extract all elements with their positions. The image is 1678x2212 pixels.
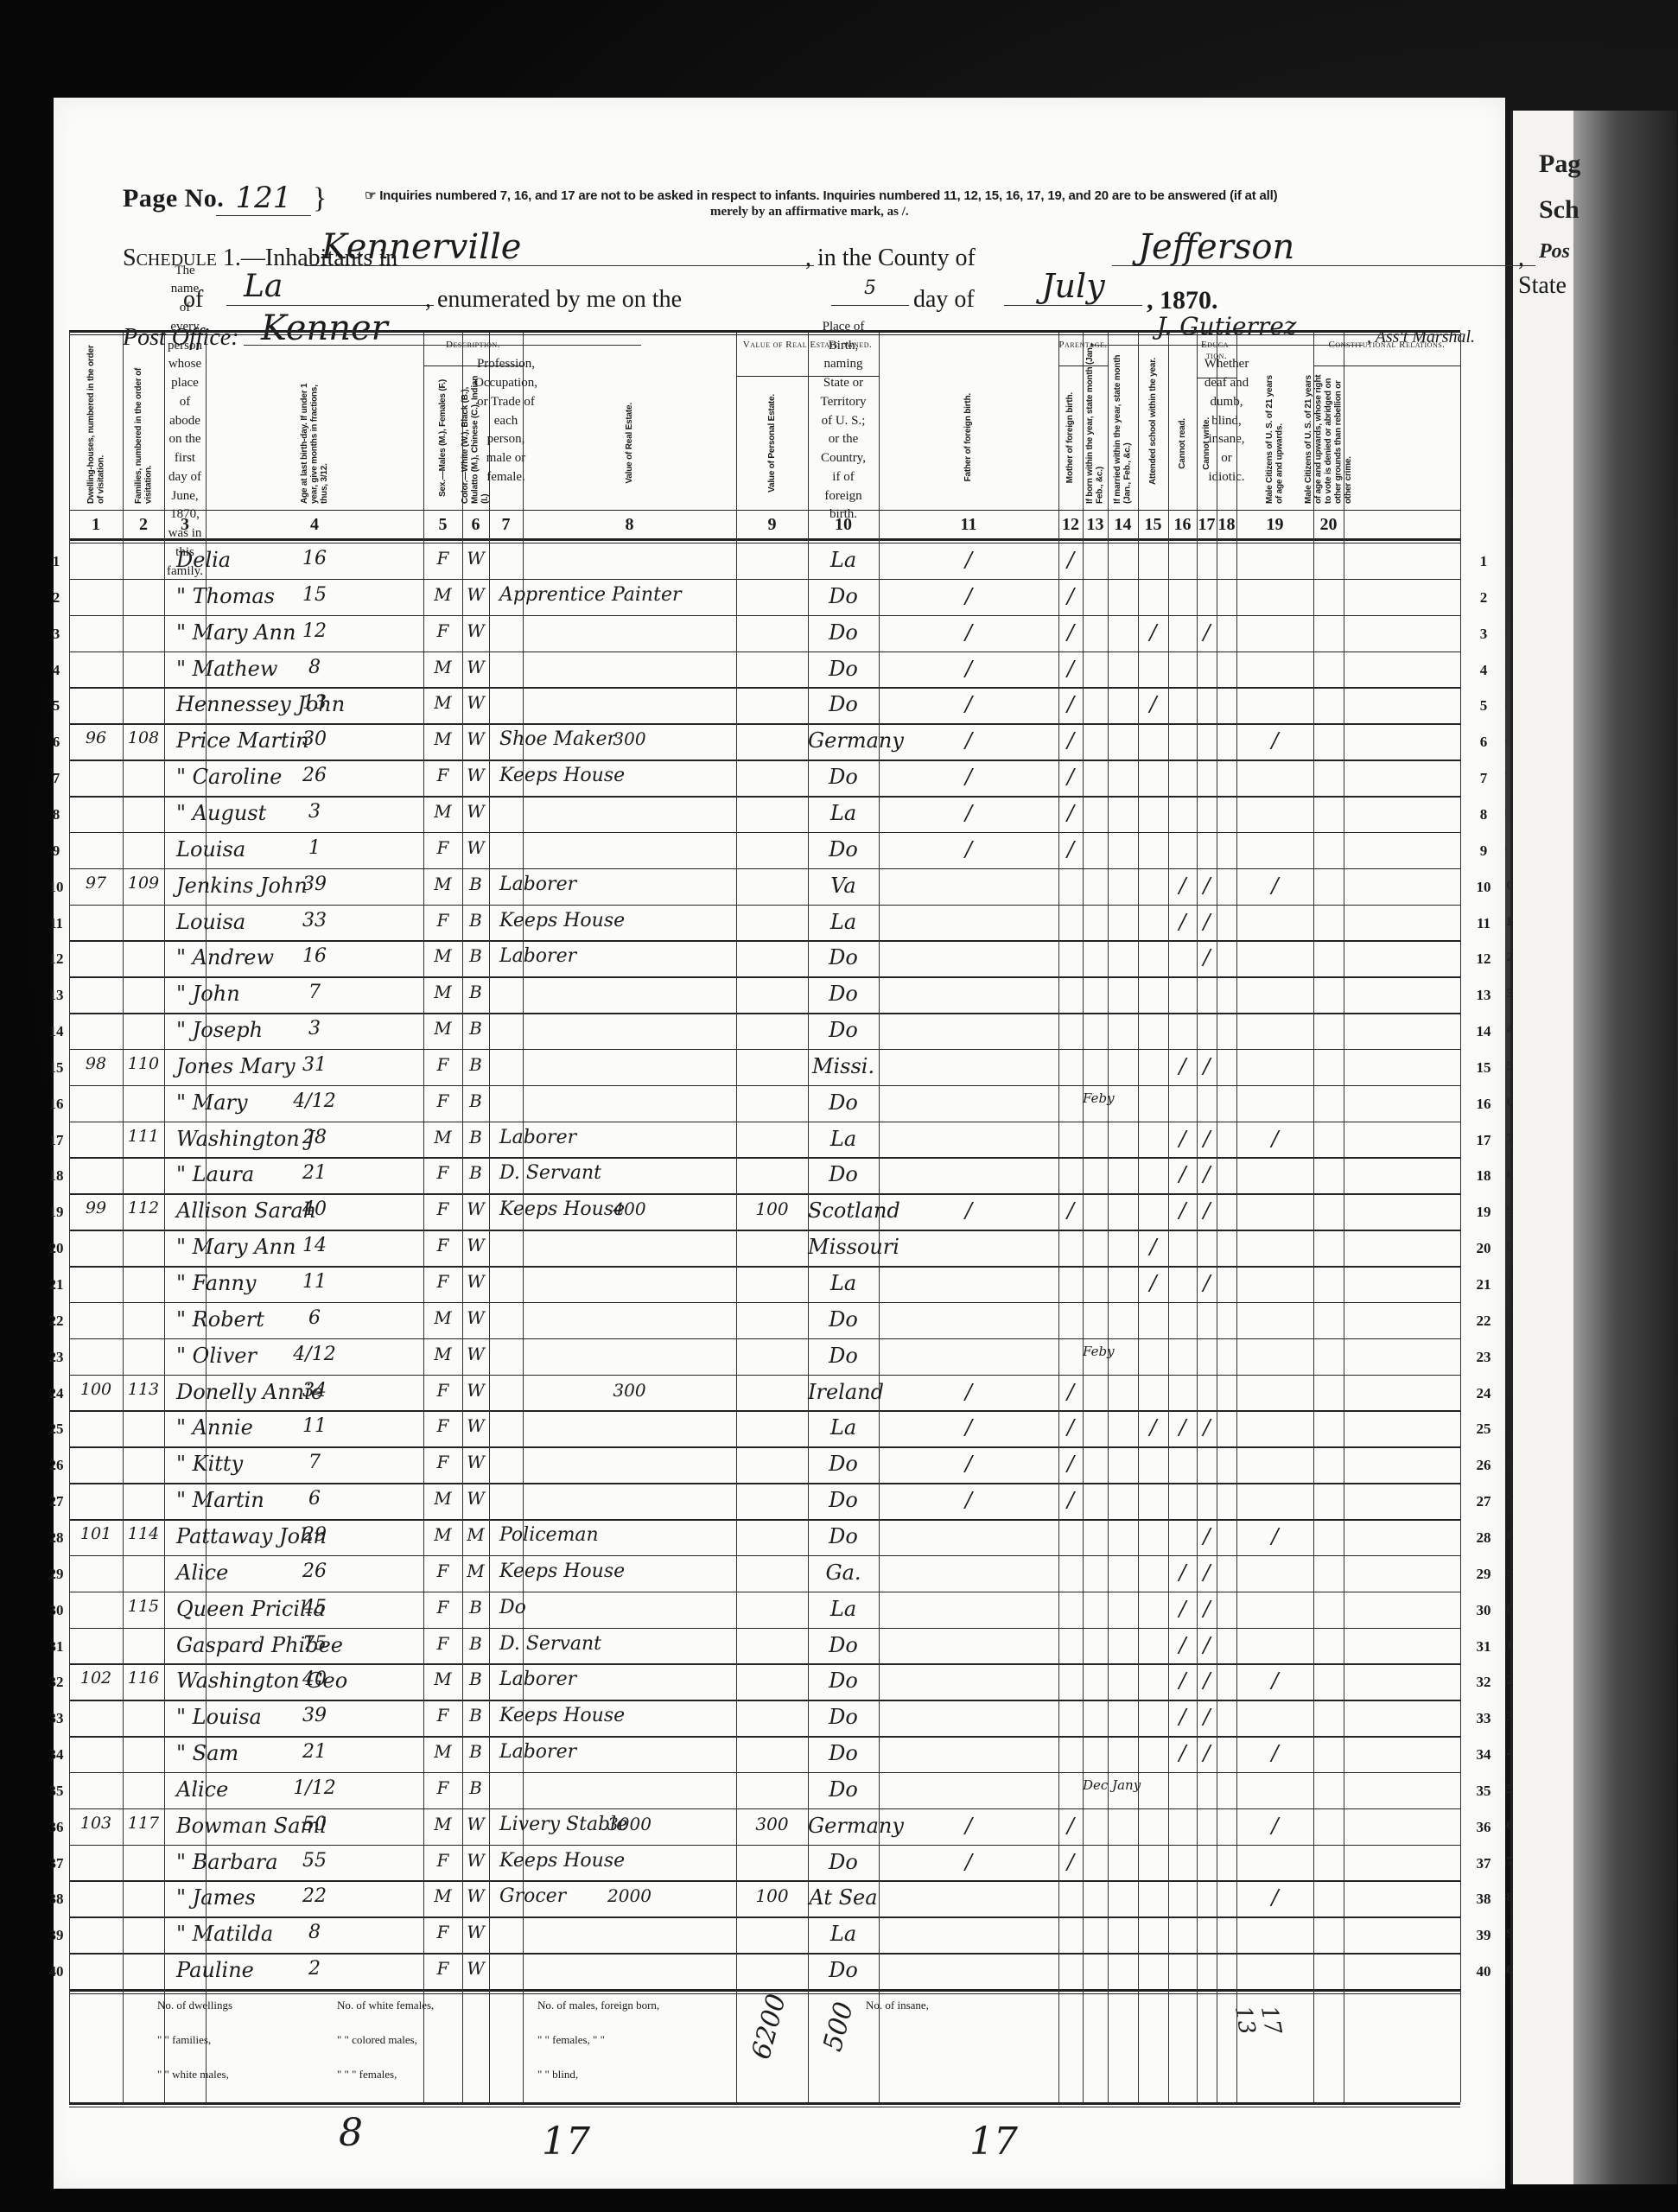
name-cell: " Mary [164, 1092, 206, 1113]
inquiry-note-line1: Inquiries numbered 7, 16, and 17 are not… [379, 188, 1277, 203]
color-cell: B [462, 1670, 489, 1688]
dwelling-cell: 99 [69, 1200, 123, 1217]
color-cell: B [462, 1056, 489, 1073]
sex-cell: F [423, 1056, 462, 1073]
row-number-right: 31 [1471, 1638, 1497, 1656]
cannot-read-cell: / [1168, 1743, 1197, 1764]
column-rule [1108, 333, 1109, 2102]
mother-foreign-cell: / [1058, 658, 1083, 679]
row-number-left: 1 [43, 553, 69, 570]
sex-cell: F [423, 766, 462, 784]
row-number-right: 2 [1471, 589, 1497, 607]
row-rule [69, 1122, 1460, 1123]
row-number-right: 15 [1471, 1059, 1497, 1077]
sex-cell: M [423, 1526, 462, 1543]
color-cell: W [462, 1852, 489, 1869]
name-cell: " Andrew [164, 947, 206, 968]
color-cell: W [462, 586, 489, 603]
sex-cell: F [423, 1164, 462, 1181]
age-cell: 40 [206, 1200, 423, 1219]
column-header-8: Value of Real Estate. [523, 379, 736, 506]
row-rule [69, 796, 1460, 798]
mother-foreign-cell: / [1058, 550, 1083, 570]
age-cell: 39 [206, 1707, 423, 1726]
row-number-left: 26 [43, 1457, 69, 1474]
row-number-right: 29 [1471, 1566, 1497, 1583]
cannot-write-cell: / [1197, 1526, 1217, 1547]
age-cell: 14 [206, 1236, 423, 1255]
cannot-write-cell: / [1197, 1200, 1217, 1221]
cannot-write-cell: / [1197, 947, 1217, 968]
sex-cell: M [423, 1743, 462, 1760]
row-rule [69, 1880, 1460, 1882]
year-label: , 1870. [1147, 286, 1218, 315]
row-rule [69, 905, 1460, 906]
mother-foreign-cell: / [1058, 730, 1083, 751]
birthplace-cell: Do [808, 947, 879, 968]
birthplace-cell: La [808, 912, 879, 932]
birthplace-cell: Do [808, 983, 879, 1004]
page-number-label: Page No. [123, 184, 224, 213]
row-number-left: 21 [43, 1276, 69, 1294]
name-cell: " Mary Ann [164, 1236, 206, 1257]
row-number-left: 25 [43, 1421, 69, 1438]
birthplace-cell: At Sea [808, 1887, 879, 1908]
male-citizen-cell: / [1236, 1128, 1313, 1149]
column-header-label: If married within the year, state month … [1113, 339, 1133, 504]
row-rule [69, 615, 1460, 617]
sex-cell: F [423, 1960, 462, 1977]
column-header-13: If born within the year, state month (Ja… [1083, 336, 1108, 506]
family-cell: 109 [123, 875, 164, 892]
column-header-3: The name of every person whose place of … [164, 336, 206, 506]
age-cell: 6 [206, 1309, 423, 1328]
age-cell: 55 [206, 1852, 423, 1871]
personal-estate-cell: 300 [736, 1815, 808, 1833]
school-cell: / [1138, 622, 1168, 643]
father-foreign-cell: / [879, 1852, 1058, 1872]
birthplace-cell: Do [808, 1164, 879, 1185]
row-number-right: 18 [1471, 1167, 1497, 1185]
color-cell: W [462, 1382, 489, 1399]
day-of-label: day of [913, 286, 975, 314]
male-citizen-cell: / [1236, 1743, 1313, 1764]
birthplace-cell: Do [808, 658, 879, 679]
group-constitutional: Constitutional Relations. [1313, 340, 1460, 369]
cannot-read-cell: / [1168, 1707, 1197, 1727]
name-cell: " Oliver [164, 1345, 206, 1366]
row-number-right: 33 [1471, 1710, 1497, 1727]
row-number-right: 30 [1471, 1602, 1497, 1619]
age-cell: 40 [206, 1670, 423, 1689]
column-header-19: Male Citizens of U. S. of 21 years of ag… [1236, 369, 1313, 506]
row-number-right: 26 [1471, 1457, 1497, 1474]
dwelling-cell: 96 [69, 730, 123, 747]
column-header-11: Father of foreign birth. [879, 369, 1058, 506]
school-cell: / [1138, 694, 1168, 715]
age-cell: 26 [206, 1562, 423, 1581]
row-number-right: 24 [1471, 1385, 1497, 1402]
row-number-right: 14 [1471, 1023, 1497, 1040]
cannot-read-cell: / [1168, 1164, 1197, 1185]
birthplace-cell: Do [808, 1852, 879, 1872]
column-rule [1344, 333, 1344, 2102]
footer-colored-males: " " colored males, [337, 2033, 417, 2047]
name-cell: Pattaway John [164, 1526, 206, 1547]
birthplace-cell: La [808, 1923, 879, 1944]
column-number-7: 7 [489, 515, 523, 535]
age-cell: 16 [206, 947, 423, 966]
name-cell: Delia [164, 550, 206, 570]
row-rule [69, 1700, 1460, 1701]
row-rule [69, 1338, 1460, 1340]
column-rule [1313, 333, 1314, 2102]
father-foreign-cell: / [879, 1453, 1058, 1474]
male-citizen-cell: / [1236, 1887, 1313, 1908]
occupation-cell: Grocer [489, 1887, 523, 1906]
real-estate-cell: 2000 [523, 1887, 736, 1904]
birthplace-cell: Do [808, 586, 879, 607]
footer-bottom-rule [69, 2107, 1460, 2107]
mother-foreign-cell: / [1058, 1852, 1083, 1872]
age-cell: 15 [206, 586, 423, 605]
footer-females-foreign: " " females, " " [537, 2033, 605, 2047]
row-number-left: 8 [43, 806, 69, 823]
age-cell: 13 [206, 694, 423, 713]
father-foreign-cell: / [879, 839, 1058, 860]
cannot-read-cell: / [1168, 1056, 1197, 1077]
row-rule [69, 1193, 1460, 1195]
column-header-label: Mother of foreign birth. [1065, 392, 1076, 483]
age-cell: 26 [206, 766, 423, 785]
row-number-right: 22 [1471, 1313, 1497, 1330]
color-cell: W [462, 1960, 489, 1977]
row-number-left: 10 [43, 879, 69, 896]
row-number-right: 17 [1471, 1132, 1497, 1149]
row-number-left: 9 [43, 842, 69, 860]
born-month-cell: Dec Jany [1083, 1779, 1108, 1792]
column-rule [69, 333, 70, 2102]
row-number-right: 8 [1471, 806, 1497, 823]
column-number-11: 11 [879, 515, 1058, 535]
occupation-cell: Laborer [489, 875, 523, 894]
name-cell: " Mathew [164, 658, 206, 679]
cannot-write-cell: / [1197, 1273, 1217, 1294]
row-number-right: 23 [1471, 1349, 1497, 1366]
row-number-right: 4 [1471, 662, 1497, 679]
row-number-left: 15 [43, 1059, 69, 1077]
dwelling-cell: 100 [69, 1382, 123, 1398]
age-cell: 30 [206, 730, 423, 749]
row-number-left: 39 [43, 1927, 69, 1944]
name-cell: Hennessey John [164, 694, 206, 715]
name-cell: " Louisa [164, 1707, 206, 1727]
cannot-write-cell: / [1197, 1056, 1217, 1077]
birthplace-cell: Do [808, 839, 879, 860]
dwelling-cell: 98 [69, 1056, 123, 1072]
row-rule [69, 1555, 1460, 1557]
occupation-cell: D. Servant [489, 1164, 523, 1183]
sex-cell: F [423, 1707, 462, 1724]
row-number-right: 12 [1471, 950, 1497, 968]
cannot-read-cell: / [1168, 1417, 1197, 1438]
sex-cell: M [423, 1020, 462, 1037]
row-number-right: 13 [1471, 987, 1497, 1004]
row-rule [69, 652, 1460, 653]
color-cell: W [462, 1309, 489, 1326]
footer-white-females: No. of white females, [337, 1999, 434, 2012]
column-header-15: Attended school within the year. [1138, 336, 1168, 506]
male-citizen-cell: / [1236, 730, 1313, 751]
age-cell: 21 [206, 1164, 423, 1183]
sex-cell: F [423, 1092, 462, 1109]
row-rule [69, 868, 1460, 870]
color-cell: B [462, 1635, 489, 1652]
name-cell: " Barbara [164, 1852, 206, 1872]
color-cell: W [462, 694, 489, 711]
sex-cell: F [423, 1779, 462, 1796]
row-number-right: 10 [1471, 879, 1497, 896]
brace-decoration: } [313, 182, 327, 215]
column-header-1: Dwelling-houses, numbered in the order o… [69, 336, 123, 506]
sex-cell: M [423, 947, 462, 964]
row-number-left: 38 [43, 1891, 69, 1908]
column-header-20: Male Citizens of U. S. of 21 years of ag… [1313, 369, 1344, 506]
age-cell: 4/12 [206, 1092, 423, 1111]
birthplace-cell: La [808, 550, 879, 570]
row-number-left: 16 [43, 1096, 69, 1113]
color-cell: B [462, 1020, 489, 1037]
birthplace-cell: La [808, 1417, 879, 1438]
row-rule [69, 1446, 1460, 1448]
family-cell: 113 [123, 1382, 164, 1398]
page-number-value: 121 [216, 181, 311, 216]
occupation-cell: Keeps House [489, 1200, 523, 1219]
row-rule [69, 1772, 1460, 1774]
row-rule [69, 1483, 1460, 1484]
column-header-label: Value of Real Estate. [625, 403, 635, 484]
family-cell: 111 [123, 1128, 164, 1145]
census-page: Page No. 121 } ☞ Inquiries numbered 7, 1… [54, 98, 1505, 2189]
row-number-right: 40 [1471, 1963, 1497, 1980]
color-cell: W [462, 658, 489, 676]
mother-foreign-cell: / [1058, 622, 1083, 643]
mother-foreign-cell: / [1058, 1490, 1083, 1510]
column-rule [1138, 333, 1139, 2102]
father-foreign-cell: / [879, 1490, 1058, 1510]
row-number-left: 14 [43, 1023, 69, 1040]
column-header-12: Mother of foreign birth. [1058, 369, 1083, 506]
father-foreign-cell: / [879, 694, 1058, 715]
column-number-17: 17 [1197, 515, 1217, 535]
column-number-18: 18 [1217, 515, 1236, 535]
cannot-read-cell: / [1168, 1635, 1197, 1656]
row-number-right: 37 [1471, 1855, 1497, 1872]
row-number-right: 16 [1471, 1096, 1497, 1113]
male-citizen-cell: / [1236, 1815, 1313, 1836]
mother-foreign-cell: / [1058, 766, 1083, 787]
row-rule [69, 1410, 1460, 1412]
footer-families: " " families, [157, 2033, 211, 2047]
row-number-left: 13 [43, 987, 69, 1004]
column-header-label: Attended school within the year. [1148, 358, 1159, 485]
color-cell: B [462, 912, 489, 929]
row-number-right: 27 [1471, 1493, 1497, 1510]
row-number-left: 24 [43, 1385, 69, 1402]
age-cell: 34 [206, 1382, 423, 1401]
inquiry-note: ☞ Inquiries numbered 7, 16, and 17 are n… [365, 188, 1277, 203]
row-rule [69, 579, 1460, 581]
occupation-cell: Laborer [489, 947, 523, 966]
birthplace-cell: Do [808, 766, 879, 787]
column-header-label: Cannot read. [1178, 418, 1188, 469]
birthplace-cell: Ireland [808, 1382, 879, 1402]
row-number-left: 20 [43, 1240, 69, 1257]
color-cell: B [462, 983, 489, 1001]
color-cell: W [462, 1236, 489, 1254]
cannot-write-cell: / [1197, 1562, 1217, 1583]
name-cell: " Mary Ann [164, 622, 206, 643]
father-foreign-cell: / [879, 1382, 1058, 1402]
birthplace-cell: Do [808, 1707, 879, 1727]
occupation-cell: Shoe Maker [489, 730, 523, 749]
birthplace-cell: Scotland [808, 1200, 879, 1221]
row-number-left: 36 [43, 1819, 69, 1836]
color-cell: B [462, 1707, 489, 1724]
color-cell: W [462, 550, 489, 567]
name-cell: Gaspard Phibee [164, 1635, 206, 1656]
name-cell: " Caroline [164, 766, 206, 787]
birthplace-cell: Va [808, 875, 879, 896]
column-number-15: 15 [1138, 515, 1168, 535]
color-cell: W [462, 1887, 489, 1904]
age-cell: 45 [206, 1599, 423, 1618]
row-number-left: 6 [43, 734, 69, 751]
age-cell: 12 [206, 622, 423, 641]
row-rule [69, 976, 1460, 978]
row-rule [69, 687, 1460, 689]
cannot-read-cell: / [1168, 1200, 1197, 1221]
real-estate-cell: 300 [523, 730, 736, 747]
sex-cell: F [423, 1453, 462, 1471]
birthplace-cell: Do [808, 1020, 879, 1040]
row-number-left: 33 [43, 1710, 69, 1727]
column-rule [1460, 333, 1461, 2102]
name-cell: " Joseph [164, 1020, 206, 1040]
father-foreign-cell: / [879, 803, 1058, 823]
footer-dwellings: No. of dwellings [157, 1999, 232, 2012]
name-cell: Bowman Saml [164, 1815, 206, 1836]
row-number-right: 36 [1471, 1819, 1497, 1836]
school-cell: / [1138, 1273, 1168, 1294]
age-cell: 8 [206, 1923, 423, 1942]
header-bottom-rule [69, 543, 1460, 543]
row-rule [69, 1013, 1460, 1014]
sex-cell: M [423, 1309, 462, 1326]
column-header-label: Sex.—Males (M.), Females (F.) [438, 379, 448, 497]
sex-cell: M [423, 1345, 462, 1363]
footer-males-foreign: No. of males, foreign born, [537, 1999, 659, 2012]
birthplace-cell: Ga. [808, 1562, 879, 1583]
cannot-read-cell: / [1168, 1599, 1197, 1619]
row-number-left: 22 [43, 1313, 69, 1330]
sex-cell: F [423, 1382, 462, 1399]
birthplace-cell: Do [808, 694, 879, 715]
row-number-left: 28 [43, 1529, 69, 1547]
family-cell: 110 [123, 1056, 164, 1072]
name-cell: " August [164, 803, 206, 823]
column-header-10: Place of Birth, naming State or Territor… [808, 336, 879, 506]
birthplace-cell: Do [808, 1670, 879, 1691]
occupation-cell: Keeps House [489, 766, 523, 785]
occupation-cell: Keeps House [489, 1852, 523, 1871]
row-rule [69, 1375, 1460, 1376]
day-field: 5 [831, 277, 909, 306]
name-cell: Louisa [164, 912, 206, 932]
table-top-rule [69, 330, 1460, 333]
column-rule [1236, 333, 1237, 2102]
father-foreign-cell: / [879, 658, 1058, 679]
mother-foreign-cell: / [1058, 1815, 1083, 1836]
place-field: Kennerville [304, 227, 814, 266]
footer-blind: " " blind, [537, 2068, 578, 2082]
birthplace-cell: Do [808, 1309, 879, 1330]
state-label: , State [1518, 245, 1567, 300]
occupation-cell: D. Servant [489, 1635, 523, 1654]
column-header-4: Age at last birth-day. If under 1 year, … [206, 369, 423, 506]
column-header-5: Sex.—Males (M.), Females (F.) [423, 369, 462, 506]
cannot-read-cell: / [1168, 1670, 1197, 1691]
row-number-left: 18 [43, 1167, 69, 1185]
sex-cell: F [423, 912, 462, 929]
birthplace-cell: Missouri [808, 1236, 879, 1257]
row-number-right: 5 [1471, 697, 1497, 715]
row-number-right: 32 [1471, 1674, 1497, 1691]
row-number-left: 37 [43, 1855, 69, 1872]
row-rule [69, 1266, 1460, 1268]
row-number-left: 4 [43, 662, 69, 679]
column-number-5: 5 [423, 515, 462, 535]
father-foreign-cell: / [879, 730, 1058, 751]
cannot-write-cell: / [1197, 1743, 1217, 1764]
birthplace-cell: La [808, 1599, 879, 1619]
adjacent-page-text: Sch [1539, 195, 1579, 225]
name-cell: Jones Mary [164, 1056, 206, 1077]
row-number-left: 11 [43, 915, 69, 932]
cannot-read-cell: / [1168, 875, 1197, 896]
sex-cell: M [423, 1887, 462, 1904]
row-rule [69, 1628, 1460, 1630]
row-rule [69, 832, 1460, 834]
sex-cell: M [423, 983, 462, 1001]
row-rule [69, 1663, 1460, 1665]
color-cell: M [462, 1526, 489, 1543]
row-number-left: 35 [43, 1783, 69, 1800]
name-cell: Alice [164, 1779, 206, 1800]
color-cell: W [462, 1453, 489, 1471]
age-cell: 31 [206, 1056, 423, 1075]
row-rule [69, 1916, 1460, 1918]
age-cell: 11 [206, 1273, 423, 1292]
row-number-right: 19 [1471, 1204, 1497, 1221]
cannot-write-cell: / [1197, 1164, 1217, 1185]
sex-cell: F [423, 1273, 462, 1290]
row-rule [69, 1049, 1460, 1051]
name-cell: " John [164, 983, 206, 1004]
name-cell: " Fanny [164, 1273, 206, 1294]
rows-bottom-rule [69, 1989, 1460, 1992]
name-cell: Donelly Annie [164, 1382, 206, 1402]
